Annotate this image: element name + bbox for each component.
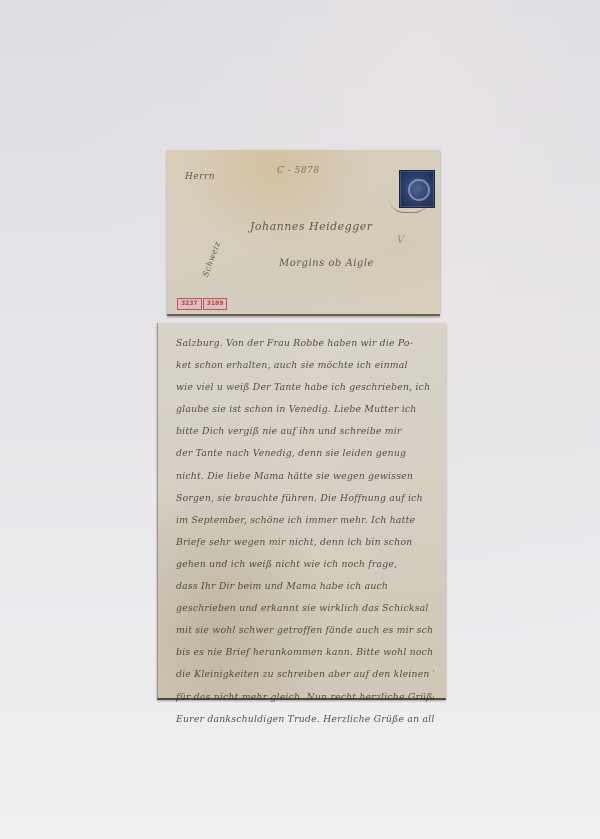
letter-line: gehen und ich weiß nicht wie ich noch fr… xyxy=(176,554,434,576)
letter-line: Salzburg. Von der Frau Robbe haben wir d… xyxy=(176,333,434,355)
letter-line: Briefe sehr wegen mir nicht, denn ich bi… xyxy=(176,532,434,554)
censor-label-left: 3237 xyxy=(177,298,202,310)
letter-line: ket schon erhalten, auch sie möchte ich … xyxy=(176,355,434,377)
letter-line: die Kleinigkeiten zu schreiben aber auf … xyxy=(176,664,434,686)
letter-line: für das nicht mehr gleich. Nun recht her… xyxy=(176,687,434,709)
letter-line: bitte Dich vergiß nie auf ihn und schrei… xyxy=(176,421,434,443)
envelope: Herrn C - 5878 Johannes Heidegger Morgin… xyxy=(167,150,440,316)
letter-line: im September, schöne ich immer mehr. Ich… xyxy=(176,510,434,532)
letter-body: Salzburg. Von der Frau Robbe haben wir d… xyxy=(176,333,434,731)
censor-label-right: 3189 xyxy=(203,298,228,310)
envelope-recipient-place: Morgins ob Aigle xyxy=(279,258,374,269)
letter-line: dass Ihr Dir beim und Mama habe ich auch xyxy=(176,576,434,598)
envelope-recipient-name: Johannes Heidegger xyxy=(250,220,373,233)
letter-line: nicht. Die liebe Mama hätte sie wegen ge… xyxy=(176,466,434,488)
letter-line: bis es nie Brief herankommen kann. Bitte… xyxy=(176,642,434,664)
envelope-salutation: Herrn xyxy=(185,172,215,182)
letter-line: Eurer dankschuldigen Trude. Herzliche Gr… xyxy=(176,709,434,731)
letter-line: der Tante nach Venedig, denn sie leiden … xyxy=(176,443,434,465)
letter-line: geschrieben und erkannt sie wirklich das… xyxy=(176,598,434,620)
envelope-side-note: Schweiz xyxy=(201,240,222,278)
letter-line: mit sie wohl schwer getroffen fände auch… xyxy=(176,620,434,642)
letter-line: glaube sie ist schon in Venedig. Liebe M… xyxy=(176,399,434,421)
letter-line: Sorgen, sie brauchte führen. Die Hoffnun… xyxy=(176,488,434,510)
envelope-margin-mark: V xyxy=(397,235,405,246)
letter-line: wie viel u weiß Der Tante habe ich gesch… xyxy=(176,377,434,399)
envelope-reference-number: C - 5878 xyxy=(277,166,320,176)
postmark-icon xyxy=(389,198,429,213)
handwritten-letter: Salzburg. Von der Frau Robbe haben wir d… xyxy=(157,323,446,700)
censor-label: 3237 3189 xyxy=(177,298,227,310)
